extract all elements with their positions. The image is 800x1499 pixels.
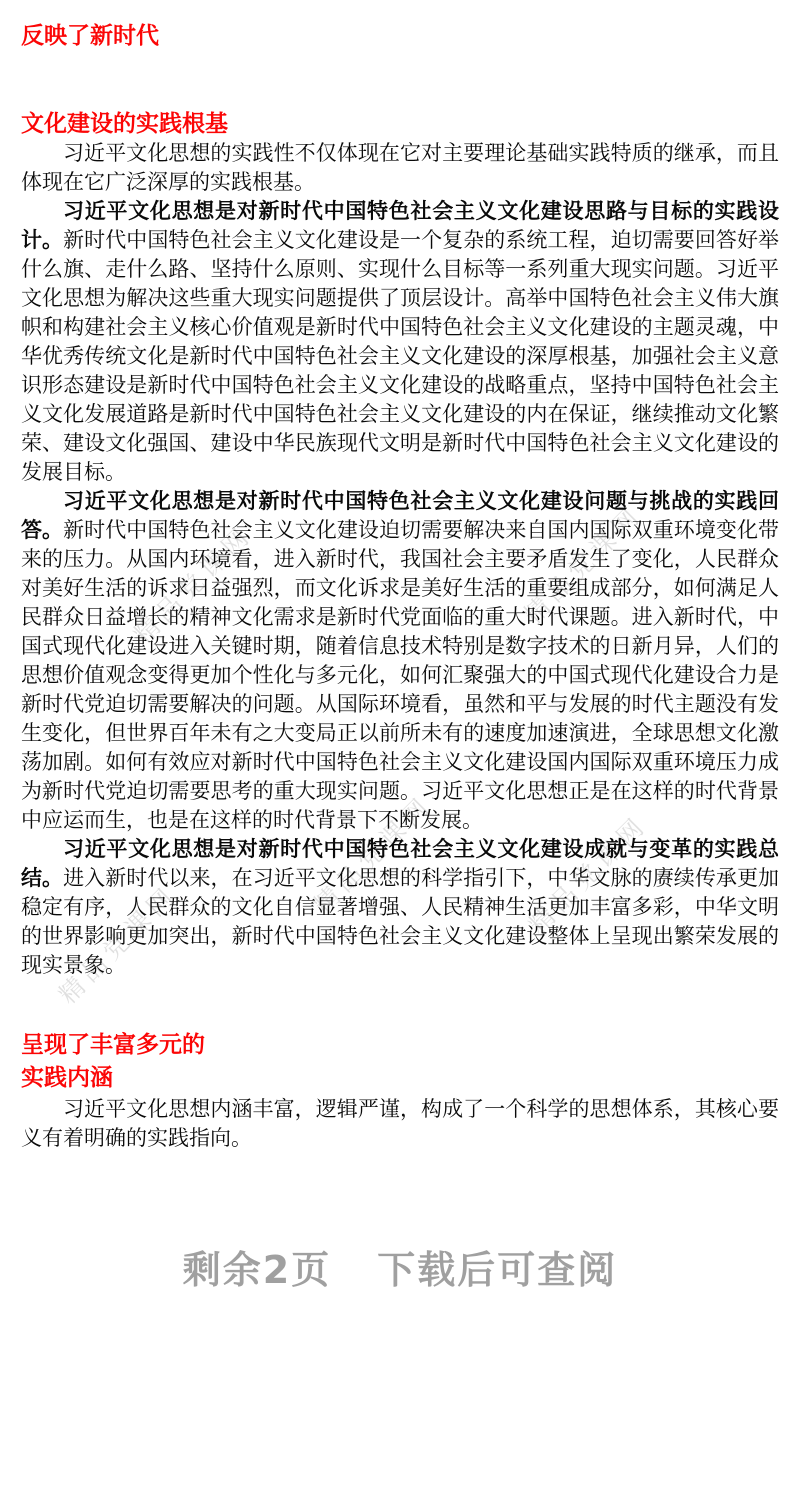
section-heading-rich-connotation: 呈现了丰富多元的实践内涵 [21, 1029, 779, 1095]
heading-line-1: 呈现了丰富多元的 [21, 1032, 205, 1058]
document-preview-page: 精品党课网 精品党课网 精品党课网 精品党课网 精品党课网 反映了新时代 文化建… [0, 0, 800, 1499]
paragraph-summary: 习近平文化思想是对新时代中国特色社会主义文化建设成就与变革的实践总结。进入新时代… [21, 835, 779, 980]
section-heading-culture-foundation: 文化建设的实践根基 [21, 110, 779, 139]
paragraph-connotation: 习近平文化思想内涵丰富，逻辑严谨，构成了一个科学的思想体系，其核心要义有着明确的… [21, 1095, 779, 1153]
paragraph-text: 习近平文化思想的实践性不仅体现在它对主要理论基础实践特质的继承，而且体现在它广泛… [21, 141, 779, 194]
paragraph-intro: 习近平文化思想的实践性不仅体现在它对主要理论基础实践特质的继承，而且体现在它广泛… [21, 139, 779, 197]
download-hint-label: 下载后可查阅 [377, 1248, 617, 1292]
paragraph-design: 习近平文化思想是对新时代中国特色社会主义文化建设思路与目标的实践设计。新时代中国… [21, 197, 779, 487]
paragraph-text: 新时代中国特色社会主义文化建设是一个复杂的系统工程，迫切需要回答好举什么旗、走什… [21, 228, 779, 484]
document-body: 反映了新时代 文化建设的实践根基 习近平文化思想的实践性不仅体现在它对主要理论基… [0, 0, 800, 1294]
paragraph-text: 习近平文化思想内涵丰富，逻辑严谨，构成了一个科学的思想体系，其核心要义有着明确的… [21, 1097, 779, 1150]
remaining-pages-label: 剩余2页 [183, 1248, 331, 1292]
paragraph-text: 新时代中国特色社会主义文化建设迫切需要解决来自国内国际双重环境变化带来的压力。从… [21, 518, 779, 832]
paragraph-answer: 习近平文化思想是对新时代中国特色社会主义文化建设问题与挑战的实践回答。新时代中国… [21, 487, 779, 835]
download-to-view-notice[interactable]: 剩余2页下载后可查阅 [21, 1239, 779, 1294]
section-heading-continuation: 反映了新时代 [21, 22, 779, 51]
heading-line-2: 实践内涵 [21, 1065, 113, 1091]
paragraph-text: 进入新时代以来，在习近平文化思想的科学指引下，中华文脉的赓续传承更加稳定有序，人… [21, 866, 779, 977]
